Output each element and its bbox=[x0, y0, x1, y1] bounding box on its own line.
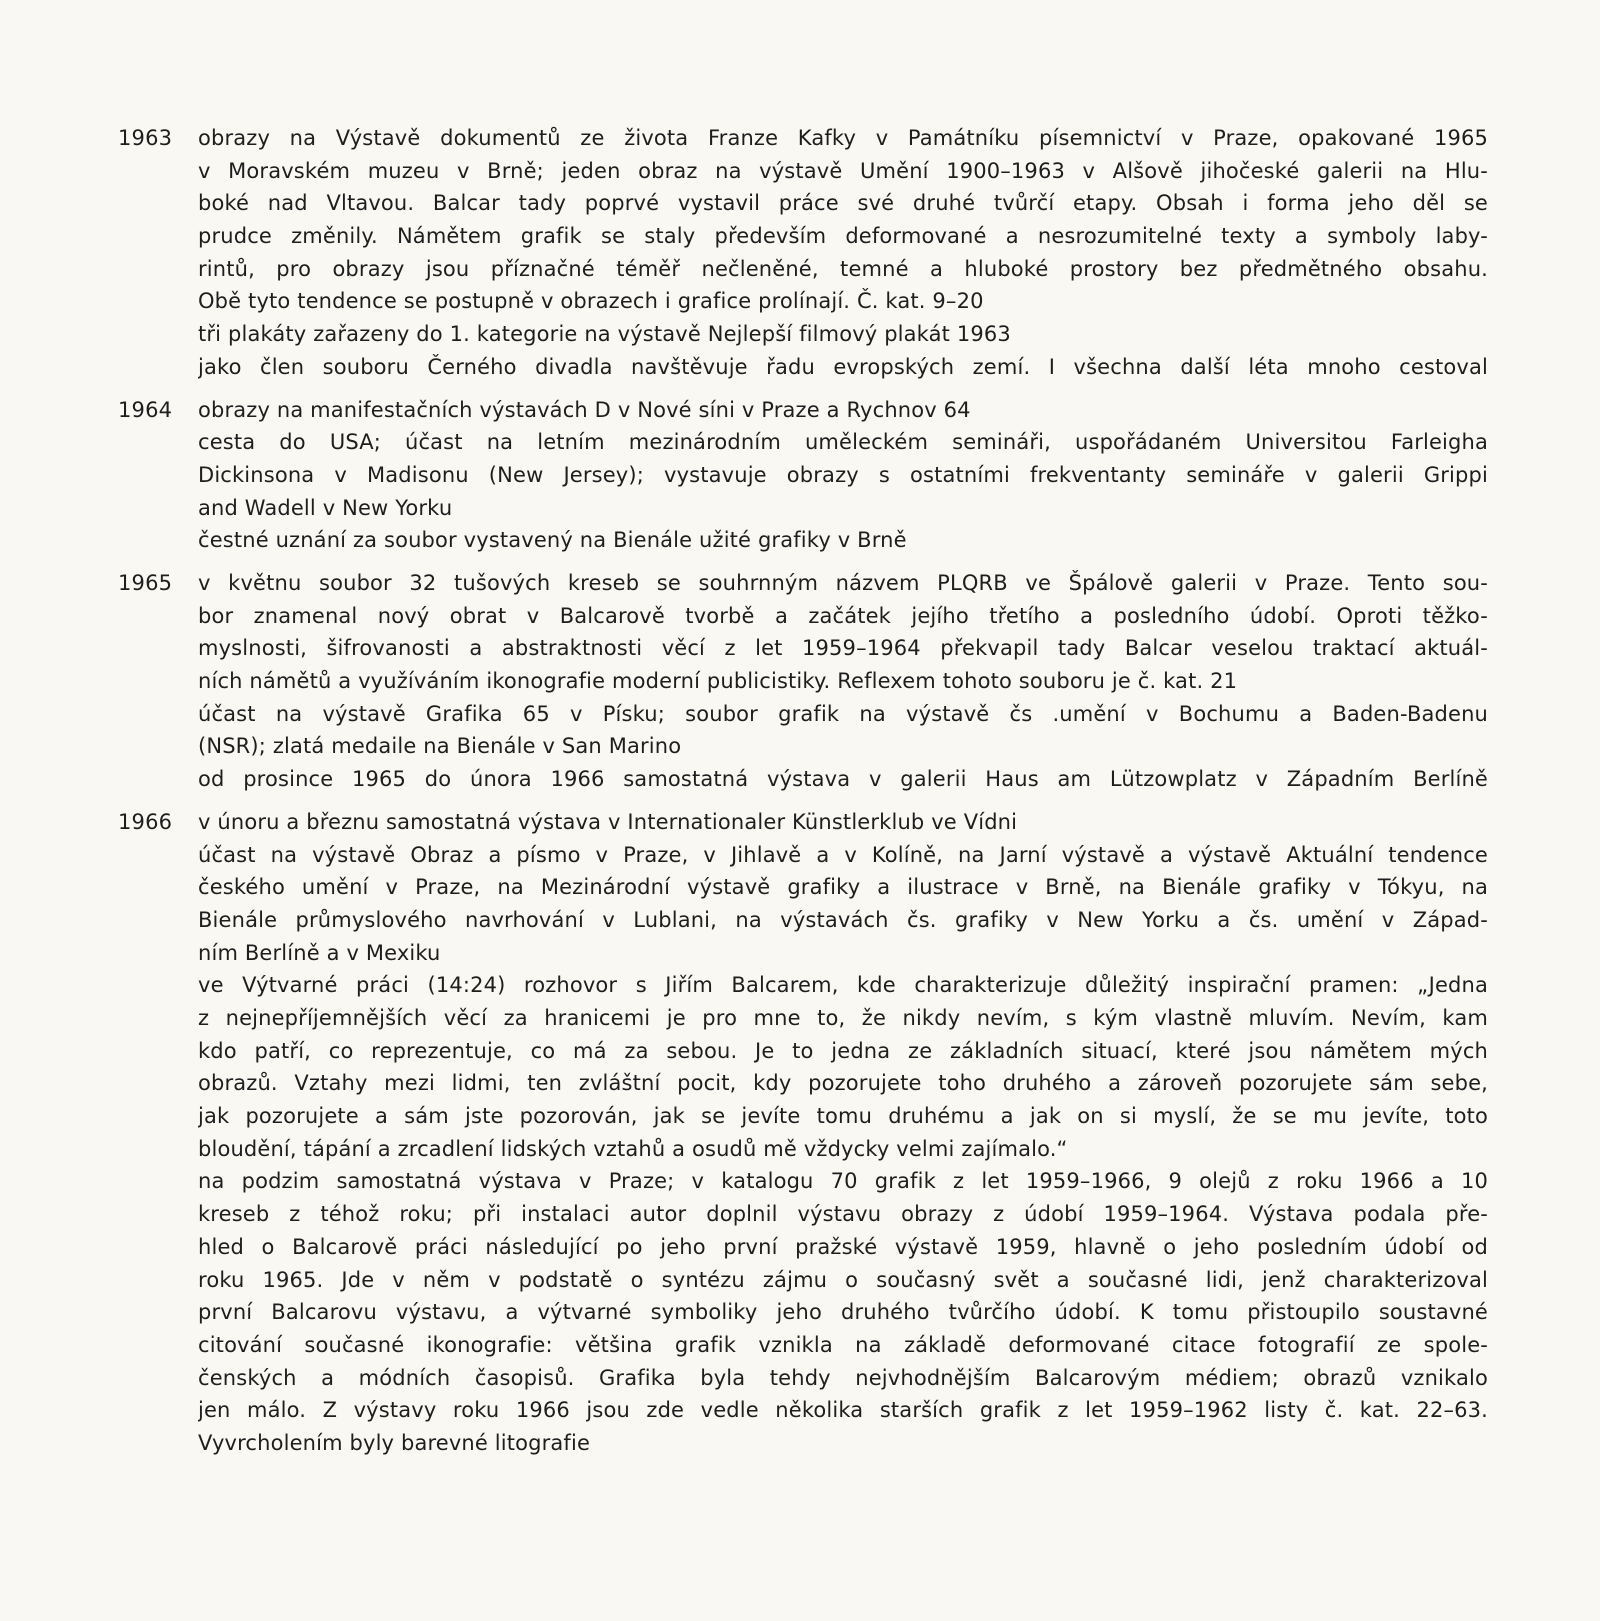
year-entry-1965: 1965v květnu soubor 32 tušových kreseb s… bbox=[118, 567, 1488, 796]
text-line: citování současné ikonografie: většina g… bbox=[198, 1329, 1488, 1362]
text-line: (NSR); zlatá medaile na Bienále v San Ma… bbox=[198, 730, 1488, 763]
text-line: Bienále průmyslového navrhování v Lublan… bbox=[198, 904, 1488, 937]
text-line: obrazů. Vztahy mezi lidmi, ten zvláštní … bbox=[198, 1067, 1488, 1100]
year-entry-1966: 1966v únoru a březnu samostatná výstava … bbox=[118, 806, 1488, 1460]
year-entry-text: obrazy na manifestačních výstavách D v N… bbox=[198, 394, 1488, 557]
text-line: účast na výstavě Grafika 65 v Písku; sou… bbox=[198, 698, 1488, 731]
document-page: 1963obrazy na Výstavě dokumentů ze život… bbox=[0, 0, 1600, 1621]
text-line: obrazy na Výstavě dokumentů ze života Fr… bbox=[198, 122, 1488, 155]
year-label: 1966 bbox=[118, 806, 190, 839]
text-line: z nejnepříjemnějších věcí za hranicemi j… bbox=[198, 1002, 1488, 1035]
text-line: kdo patří, co reprezentuje, co má za seb… bbox=[198, 1035, 1488, 1068]
year-entry-text: v únoru a březnu samostatná výstava v In… bbox=[198, 806, 1488, 1460]
text-line: roku 1965. Jde v něm v podstatě o syntéz… bbox=[198, 1264, 1488, 1297]
text-line: Obě tyto tendence se postupně v obrazech… bbox=[198, 285, 1488, 318]
text-line: v květnu soubor 32 tušových kreseb se so… bbox=[198, 567, 1488, 600]
text-line: prudce změnily. Námětem grafik se staly … bbox=[198, 220, 1488, 253]
text-line: jak pozorujete a sám jste pozorován, jak… bbox=[198, 1100, 1488, 1133]
text-line: čenských a módních časopisů. Grafika byl… bbox=[198, 1362, 1488, 1395]
text-line: rintů, pro obrazy jsou příznačné téměř n… bbox=[198, 253, 1488, 286]
year-label: 1965 bbox=[118, 567, 190, 600]
text-line: v únoru a březnu samostatná výstava v In… bbox=[198, 806, 1488, 839]
text-line: boké nad Vltavou. Balcar tady poprvé vys… bbox=[198, 187, 1488, 220]
year-entry-1963: 1963obrazy na Výstavě dokumentů ze život… bbox=[118, 122, 1488, 384]
text-line: Vyvrcholením byly barevné litografie bbox=[198, 1427, 1488, 1460]
year-label: 1964 bbox=[118, 394, 190, 427]
text-line: ních námětů a využíváním ikonografie mod… bbox=[198, 665, 1488, 698]
text-line: jen málo. Z výstavy roku 1966 jsou zde v… bbox=[198, 1394, 1488, 1427]
text-line: čestné uznání za soubor vystavený na Bie… bbox=[198, 524, 1488, 557]
text-line: and Wadell v New Yorku bbox=[198, 492, 1488, 525]
text-line: účast na výstavě Obraz a písmo v Praze, … bbox=[198, 839, 1488, 872]
text-line: bloudění, tápání a zrcadlení lidských vz… bbox=[198, 1133, 1488, 1166]
text-line: od prosince 1965 do února 1966 samostatn… bbox=[198, 763, 1488, 796]
text-line: jako člen souboru Černého divadla navště… bbox=[198, 351, 1488, 384]
text-line: cesta do USA; účast na letním mezinárodn… bbox=[198, 426, 1488, 459]
text-line: v Moravském muzeu v Brně; jeden obraz na… bbox=[198, 155, 1488, 188]
text-line: ve Výtvarné práci (14:24) rozhovor s Jiř… bbox=[198, 969, 1488, 1002]
year-label: 1963 bbox=[118, 122, 190, 155]
year-entry-text: v květnu soubor 32 tušových kreseb se so… bbox=[198, 567, 1488, 796]
text-line: první Balcarovu výstavu, a výtvarné symb… bbox=[198, 1296, 1488, 1329]
text-line: Dickinsona v Madisonu (New Jersey); vyst… bbox=[198, 459, 1488, 492]
text-line: ním Berlíně a v Mexiku bbox=[198, 937, 1488, 970]
text-line: kreseb z téhož roku; při instalaci autor… bbox=[198, 1198, 1488, 1231]
text-line: tři plakáty zařazeny do 1. kategorie na … bbox=[198, 318, 1488, 351]
text-line: českého umění v Praze, na Mezinárodní vý… bbox=[198, 871, 1488, 904]
text-line: obrazy na manifestačních výstavách D v N… bbox=[198, 394, 1488, 427]
chronology-list: 1963obrazy na Výstavě dokumentů ze život… bbox=[118, 122, 1488, 1470]
year-entry-text: obrazy na Výstavě dokumentů ze života Fr… bbox=[198, 122, 1488, 384]
text-line: myslnosti, šifrovanosti a abstraktnosti … bbox=[198, 632, 1488, 665]
text-line: bor znamenal nový obrat v Balcarově tvor… bbox=[198, 600, 1488, 633]
text-line: hled o Balcarově práci následující po je… bbox=[198, 1231, 1488, 1264]
year-entry-1964: 1964obrazy na manifestačních výstavách D… bbox=[118, 394, 1488, 557]
text-line: na podzim samostatná výstava v Praze; v … bbox=[198, 1165, 1488, 1198]
